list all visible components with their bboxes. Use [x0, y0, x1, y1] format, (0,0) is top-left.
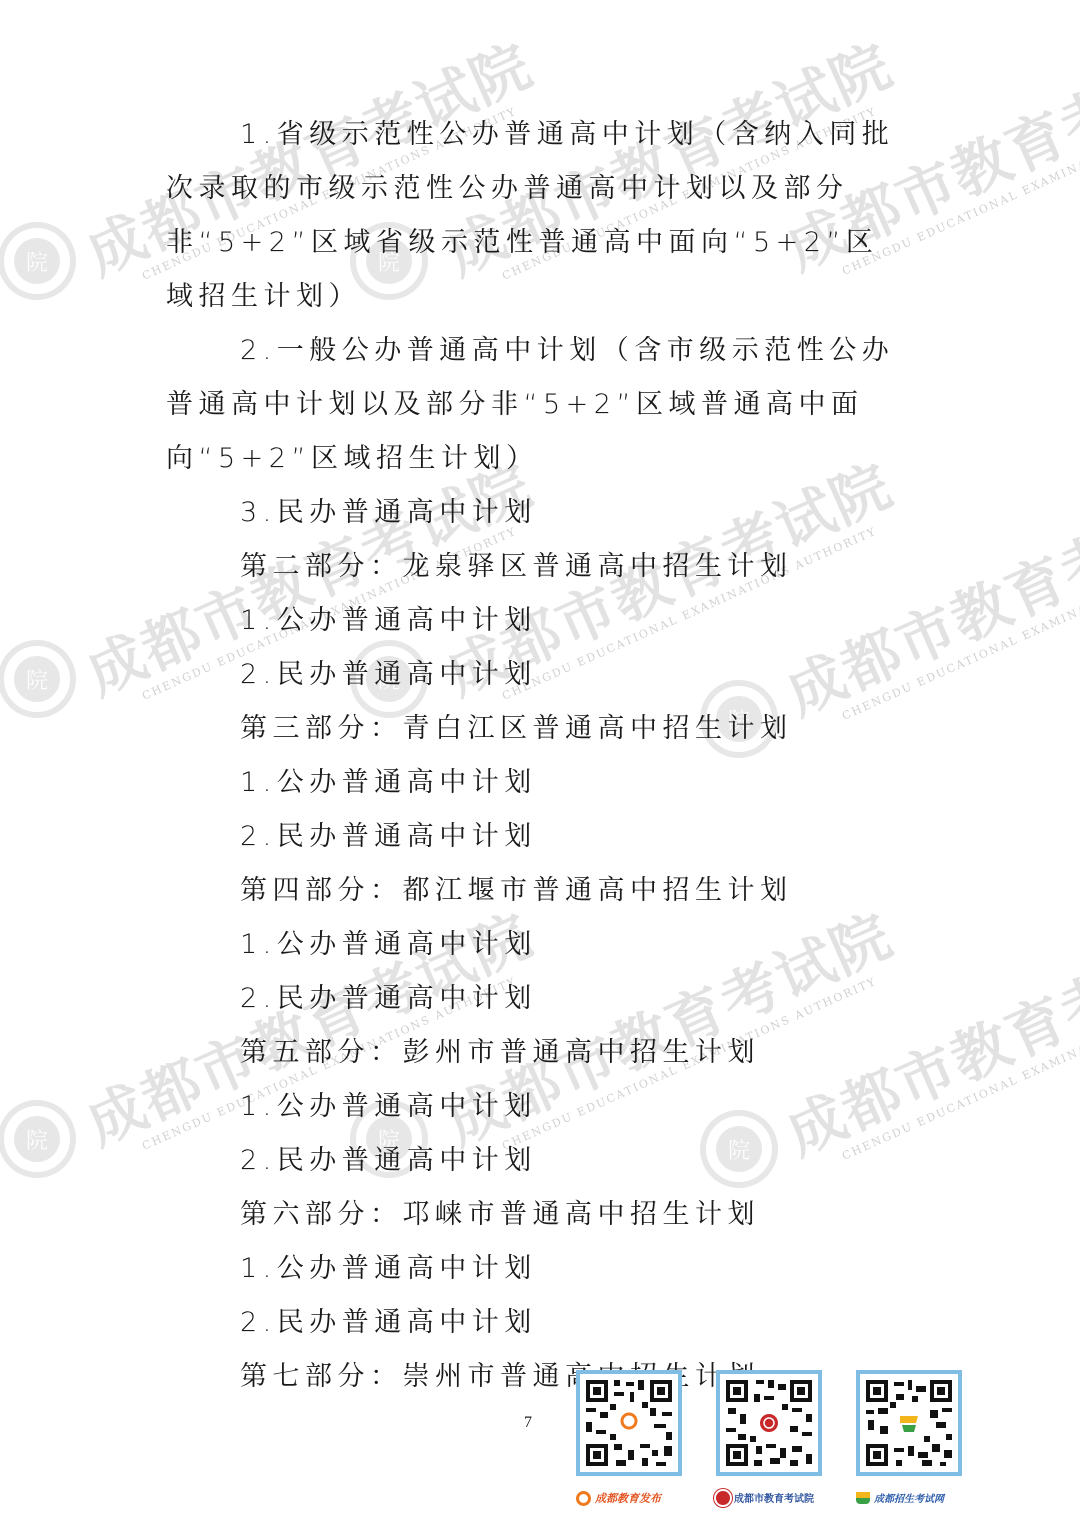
chengdu-education-logo-icon: [576, 1491, 591, 1506]
qr-label: 成都教育发布: [576, 1490, 686, 1506]
list-item: 1.公办普通高中计划: [166, 918, 906, 972]
qr-label-text: 成都市教育考试院: [734, 1490, 814, 1505]
list-item: 2.民办普通高中计划: [166, 810, 906, 864]
list-item: 1.公办普通高中计划: [166, 756, 906, 810]
list-item: 2.民办普通高中计划: [166, 972, 906, 1026]
seal-glyph: 院: [14, 238, 60, 284]
qr-label-text: 成都招生考试网: [874, 1490, 944, 1505]
seal-glyph: 院: [14, 1116, 60, 1162]
document-body: 1.省级示范性公办普通高中计划（含纳入同批次录取的市级示范性公办普通高中计划以及…: [166, 108, 906, 1404]
exam-authority-seal-icon: [716, 1491, 730, 1505]
qr-code-icon[interactable]: [716, 1370, 822, 1476]
section-heading-dujiangyan: 第四部分：都江堰市普通高中招生计划: [166, 864, 906, 918]
paragraph-private-plan: 3.民办普通高中计划: [166, 486, 906, 540]
watermark-seal-icon: 院: [0, 1100, 76, 1178]
qr-label: 成都市教育考试院: [716, 1490, 826, 1505]
paragraph-provincial-public-plan: 1.省级示范性公办普通高中计划（含纳入同批次录取的市级示范性公办普通高中计划以及…: [166, 108, 906, 324]
qr-code-icon[interactable]: [576, 1370, 682, 1476]
list-item: 2.民办普通高中计划: [166, 648, 906, 702]
list-item: 2.民办普通高中计划: [166, 1134, 906, 1188]
paragraph-general-public-plan: 2.一般公办普通高中计划（含市级示范性公办普通高中计划以及部分非“5+2”区域普…: [166, 324, 906, 486]
watermark-seal-icon: 院: [0, 640, 76, 718]
seal-glyph: 院: [14, 656, 60, 702]
page-number: 7: [524, 1414, 532, 1432]
list-item: 2.民办普通高中计划: [166, 1296, 906, 1350]
section-heading-qionglai: 第六部分：邛崃市普通高中招生计划: [166, 1188, 906, 1242]
section-heading-qingbaijiang: 第三部分：青白江区普通高中招生计划: [166, 702, 906, 756]
section-heading-pengzhou: 第五部分：彭州市普通高中招生计划: [166, 1026, 906, 1080]
section-heading-longquanyi: 第二部分：龙泉驿区普通高中招生计划: [166, 540, 906, 594]
list-item: 1.公办普通高中计划: [166, 1242, 906, 1296]
list-item: 1.公办普通高中计划: [166, 594, 906, 648]
qr-chengdu-exam-authority[interactable]: 成都市教育考试院: [716, 1370, 826, 1505]
admissions-network-logo-icon: [856, 1492, 870, 1504]
watermark-seal-icon: 院: [0, 222, 76, 300]
qr-code-icon[interactable]: [856, 1370, 962, 1476]
qr-chengdu-education-release[interactable]: 成都教育发布: [576, 1370, 686, 1506]
qr-label-text: 成都教育发布: [595, 1490, 661, 1506]
qr-chengdu-admissions-exam-network[interactable]: 成都招生考试网: [856, 1370, 966, 1505]
list-item: 1.公办普通高中计划: [166, 1080, 906, 1134]
qr-label: 成都招生考试网: [856, 1490, 966, 1505]
